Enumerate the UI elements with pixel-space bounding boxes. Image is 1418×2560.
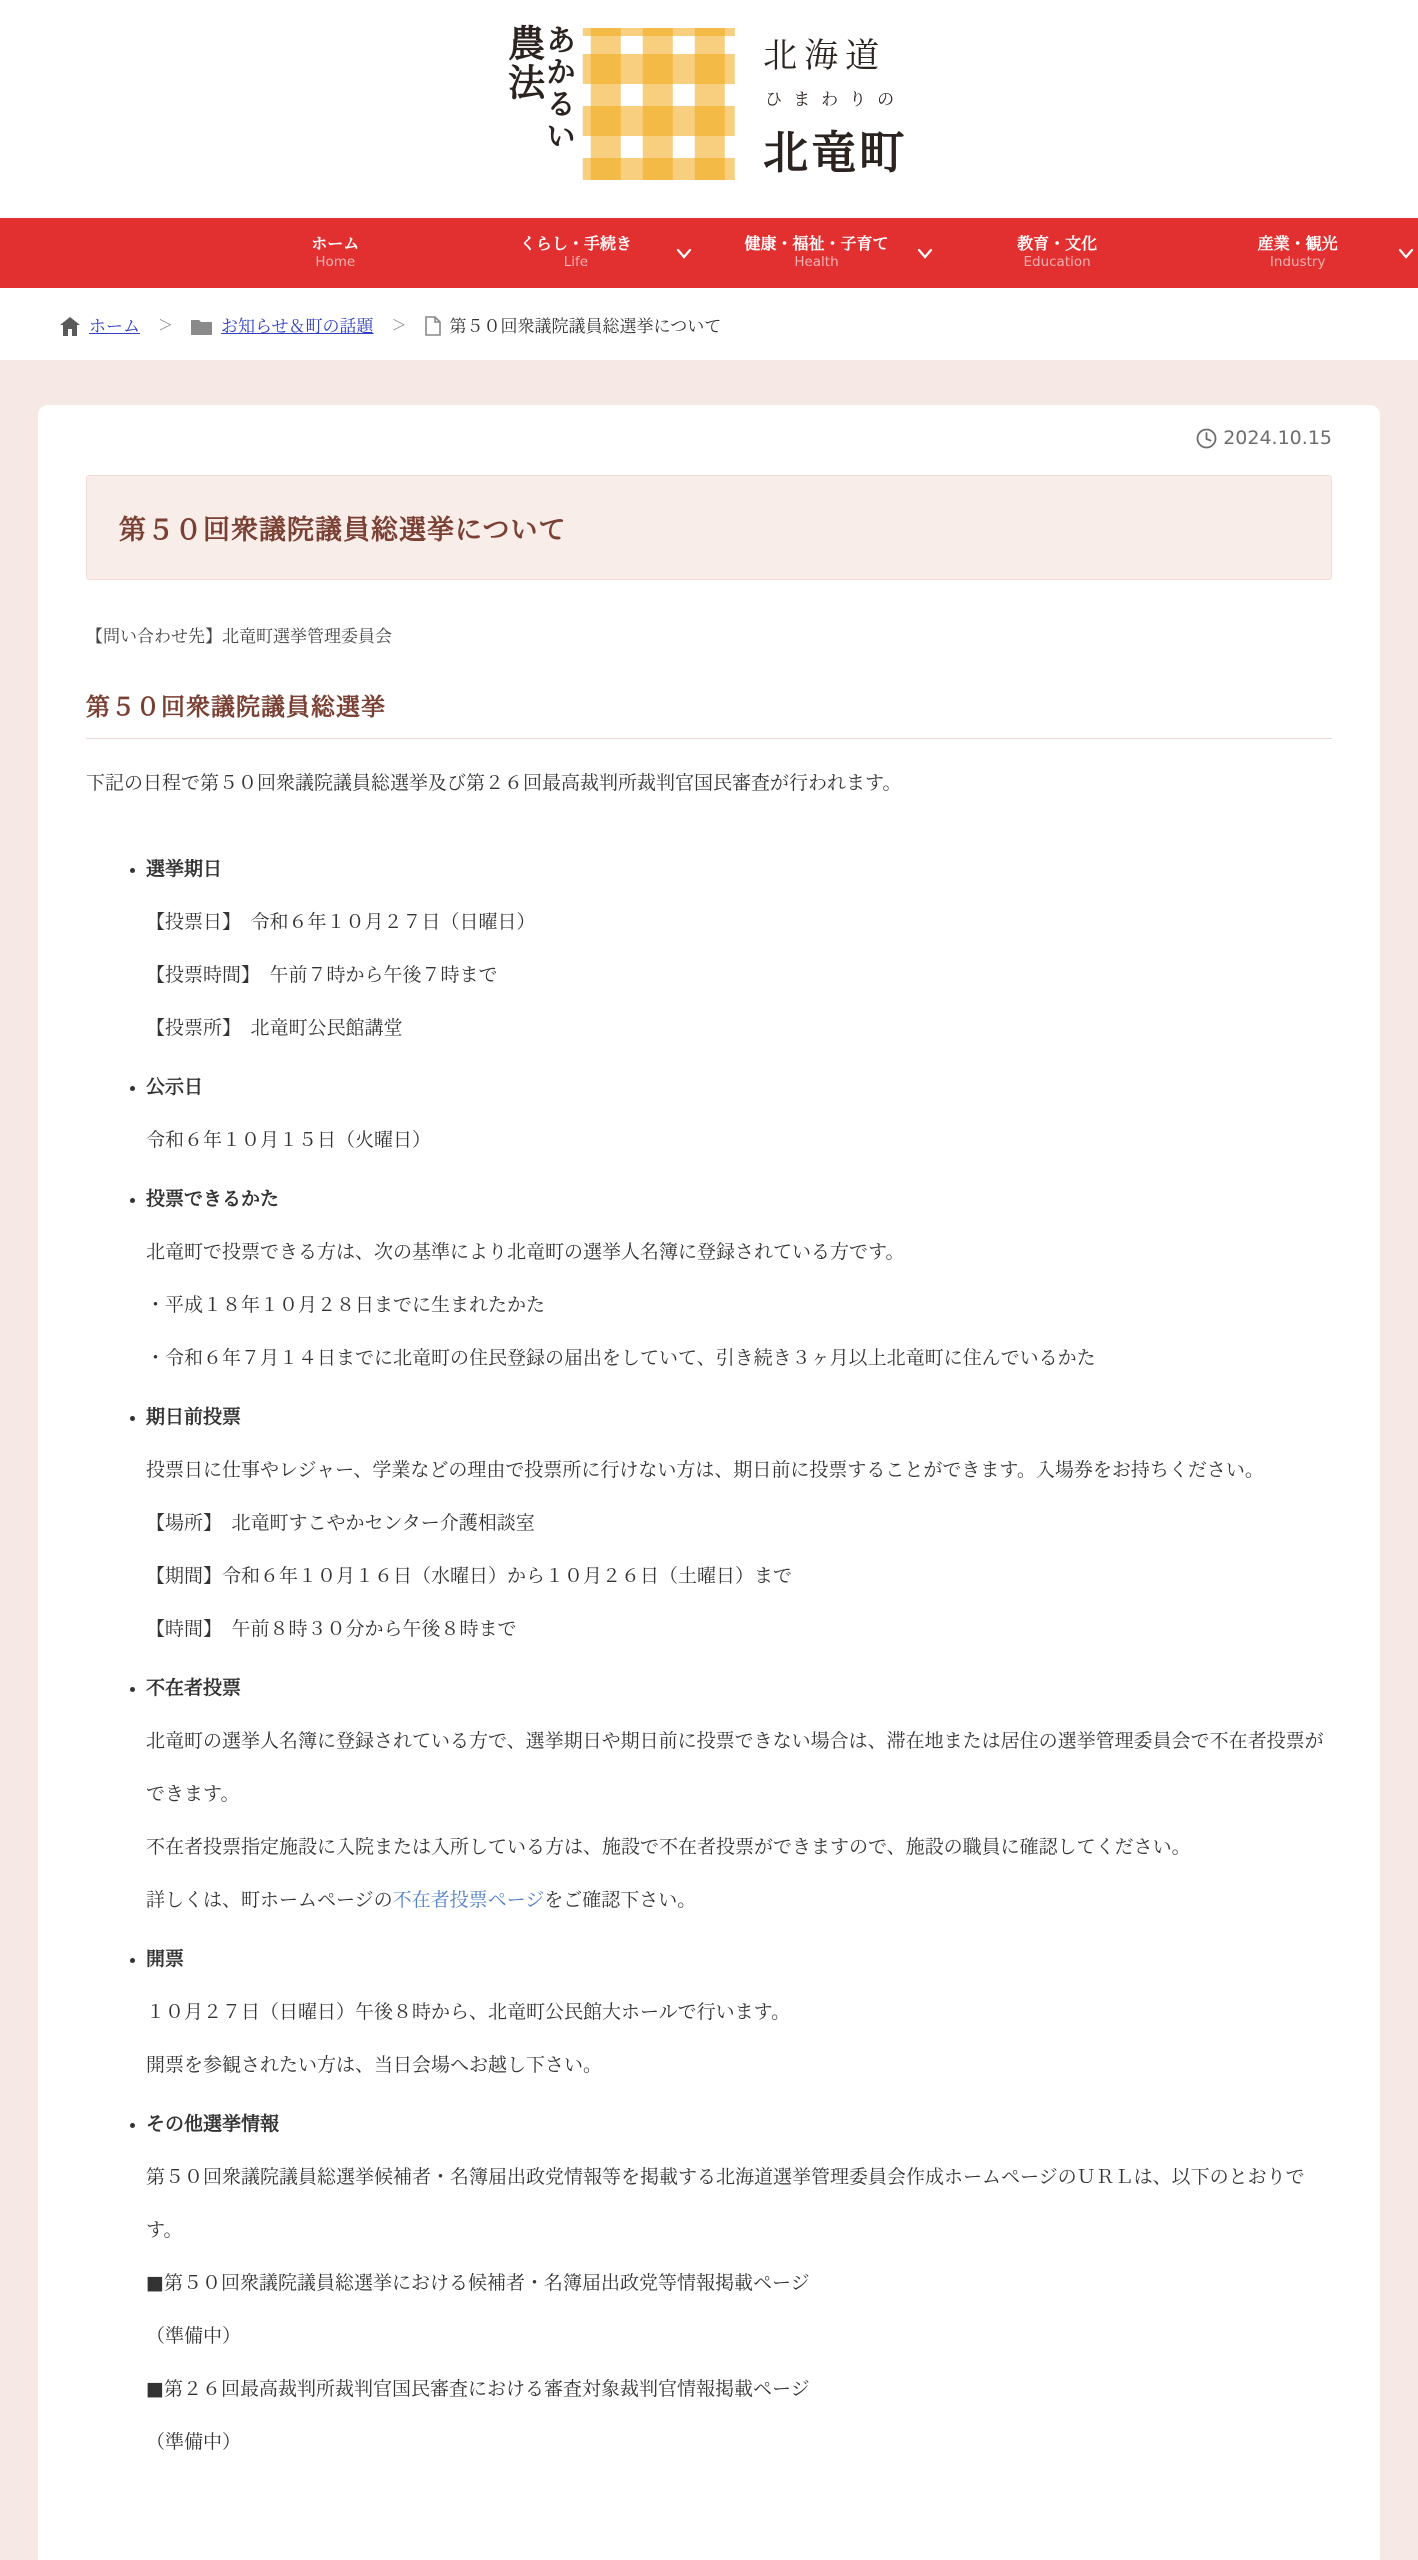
nav-item-life[interactable]: くらし・手続き Life — [456, 218, 697, 288]
logo-slogan-text: あかるい — [542, 24, 574, 184]
list-item-title: 選挙期日 — [146, 843, 1332, 896]
list-item-line: 【場所】 北竜町すこやかセンター介護相談室 — [146, 1497, 1332, 1550]
nav-label-jp: 健康・福祉・子育て — [744, 234, 888, 254]
breadcrumb-separator: ＞ — [392, 314, 407, 335]
contact-info: 【問い合わせ先】北竜町選挙管理委員会 — [86, 622, 1332, 647]
list-item-line: 【時間】 午前８時３０分から午後８時まで — [146, 1603, 1332, 1656]
breadcrumb-separator: ＞ — [158, 314, 173, 335]
nav-label-en: Industry — [1270, 254, 1326, 272]
logo-slogan-text: 農法 — [503, 24, 542, 184]
chevron-down-icon — [676, 248, 692, 260]
main-nav: ホーム Home くらし・手続き Life 健康・福祉・子育て Health 教… — [0, 218, 1418, 288]
nav-label-jp: くらし・手続き — [520, 234, 632, 254]
list-item-line: 【投票所】 北竜町公民館講堂 — [146, 1002, 1332, 1055]
list-item-title: 期日前投票 — [146, 1391, 1332, 1444]
logo-slogan: あかるい 農法 — [503, 24, 573, 184]
nav-item-education[interactable]: 教育・文化 Education — [937, 218, 1178, 288]
list-item-absentee-voting: 不在者投票 北竜町の選挙人名簿に登録されている方で、選挙期日や期日前に投票できな… — [146, 1662, 1332, 1927]
site-header: あかるい 農法 北海道 ひまわりの 北竜町 — [0, 0, 1418, 218]
list-item-line: 詳しくは、町ホームページの不在者投票ページをご確認下さい。 — [146, 1874, 1332, 1927]
breadcrumb-home-link[interactable]: ホーム — [89, 312, 140, 337]
logo-region: 北海道 — [763, 28, 907, 77]
breadcrumb-category-link[interactable]: お知らせ＆町の話題 — [221, 312, 374, 337]
nav-label-en: Health — [794, 254, 838, 272]
folder-icon — [191, 318, 212, 335]
nav-label-en: Home — [315, 254, 355, 272]
list-item-announcement-date: 公示日 令和６年１０月１５日（火曜日） — [146, 1061, 1332, 1167]
logo-subtitle: ひまわりの — [765, 85, 907, 110]
list-item-line: 不在者投票指定施設に入院または入所している方は、施設で不在者投票ができますので、… — [146, 1821, 1332, 1874]
chevron-down-icon — [917, 248, 933, 260]
list-item-line: （準備中） — [146, 2416, 1332, 2469]
publish-date: 2024.10.15 — [1223, 427, 1332, 449]
article-card: 2024.10.15 第５０回衆議院議員総選挙について 【問い合わせ先】北竜町選… — [38, 405, 1380, 2560]
nav-label-en: Life — [564, 254, 588, 272]
document-icon — [425, 316, 441, 336]
page-title: 第５０回衆議院議員総選挙について — [119, 508, 1299, 547]
list-item-title: 投票できるかた — [146, 1173, 1332, 1226]
home-icon — [60, 317, 80, 336]
logo-name-block: 北海道 ひまわりの 北竜町 — [763, 28, 907, 181]
town-logo[interactable]: あかるい 農法 北海道 ひまわりの 北竜町 — [503, 24, 907, 184]
list-item-title: その他選挙情報 — [146, 2098, 1332, 2151]
gingham-pattern-icon — [583, 28, 735, 180]
nav-item-home[interactable]: ホーム Home — [215, 218, 456, 288]
nav-item-industry[interactable]: 産業・観光 Industry — [1177, 218, 1418, 288]
list-item-line: 【投票時間】 午前７時から午後７時まで — [146, 949, 1332, 1002]
intro-paragraph: 下記の日程で第５０回衆議院議員総選挙及び第２６回最高裁判所裁判官国民審査が行われ… — [86, 765, 1332, 801]
list-item-line: 令和６年１０月１５日（火曜日） — [146, 1114, 1332, 1167]
nav-label-jp: 産業・観光 — [1258, 234, 1338, 254]
list-item-other-info: その他選挙情報 第５０回衆議院議員総選挙候補者・名簿届出政党情報等を掲載する北海… — [146, 2098, 1332, 2469]
nav-item-health[interactable]: 健康・福祉・子育て Health — [696, 218, 937, 288]
list-item-title: 公示日 — [146, 1061, 1332, 1114]
election-info-list: 選挙期日 【投票日】 令和６年１０月２７日（日曜日） 【投票時間】 午前７時から… — [86, 843, 1332, 2469]
clock-icon — [1196, 428, 1217, 449]
list-item-line: 開票を参観されたい方は、当日会場へお越し下さい。 — [146, 2039, 1332, 2092]
absentee-link-pre: 詳しくは、町ホームページの — [146, 1889, 393, 1911]
nav-label-en: Education — [1023, 254, 1090, 272]
list-item-vote-counting: 開票 １０月２７日（日曜日）午後８時から、北竜町公民館大ホールで行います。 開票… — [146, 1933, 1332, 2092]
logo-town-name: 北竜町 — [763, 116, 907, 181]
list-item-title: 不在者投票 — [146, 1662, 1332, 1715]
list-item-line: 北竜町で投票できる方は、次の基準により北竜町の選挙人名簿に登録されている方です。 — [146, 1226, 1332, 1279]
list-item-election-date: 選挙期日 【投票日】 令和６年１０月２７日（日曜日） 【投票時間】 午前７時から… — [146, 843, 1332, 1055]
list-item-line: 【期間】令和６年１０月１６日（水曜日）から１０月２６日（土曜日）まで — [146, 1550, 1332, 1603]
nav-label-jp: 教育・文化 — [1017, 234, 1097, 254]
list-item-line: １０月２７日（日曜日）午後８時から、北竜町公民館大ホールで行います。 — [146, 1986, 1332, 2039]
chevron-down-icon — [1398, 248, 1414, 260]
list-item-line: 北竜町の選挙人名簿に登録されている方で、選挙期日や期日前に投票できない場合は、滞… — [146, 1715, 1332, 1821]
list-item-line: ・令和６年７月１４日までに北竜町の住民登録の届出をしていて、引き続き３ヶ月以上北… — [146, 1332, 1332, 1385]
list-item-line: 【投票日】 令和６年１０月２７日（日曜日） — [146, 896, 1332, 949]
nav-label-jp: ホーム — [311, 234, 359, 254]
article-title-block: 第５０回衆議院議員総選挙について — [86, 475, 1332, 580]
list-item-title: 開票 — [146, 1933, 1332, 1986]
list-item-line: ・平成１８年１０月２８日までに生まれたかた — [146, 1279, 1332, 1332]
publish-date-row: 2024.10.15 — [86, 427, 1332, 449]
breadcrumb-current: 第５０回衆議院議員総選挙について — [450, 312, 722, 337]
list-item-early-voting: 期日前投票 投票日に仕事やレジャー、学業などの理由で投票所に行けない方は、期日前… — [146, 1391, 1332, 1656]
breadcrumb: ホーム ＞ お知らせ＆町の話題 ＞ 第５０回衆議院議員総選挙について — [0, 288, 1418, 360]
list-item-line: （準備中） — [146, 2310, 1332, 2363]
list-item-line: ■第２６回最高裁判所裁判官国民審査における審査対象裁判官情報掲載ページ — [146, 2363, 1332, 2416]
section-heading: 第５０回衆議院議員総選挙 — [86, 687, 1332, 739]
list-item-line: ■第５０回衆議院議員総選挙における候補者・名簿届出政党等情報掲載ページ — [146, 2257, 1332, 2310]
list-item-line: 投票日に仕事やレジャー、学業などの理由で投票所に行けない方は、期日前に投票するこ… — [146, 1444, 1332, 1497]
list-item-line: 第５０回衆議院議員総選挙候補者・名簿届出政党情報等を掲載する北海道選挙管理委員会… — [146, 2151, 1332, 2257]
main-area: 2024.10.15 第５０回衆議院議員総選挙について 【問い合わせ先】北竜町選… — [0, 360, 1418, 2560]
list-item-eligible-voters: 投票できるかた 北竜町で投票できる方は、次の基準により北竜町の選挙人名簿に登録さ… — [146, 1173, 1332, 1385]
absentee-link-post: をご確認下さい。 — [544, 1889, 696, 1911]
absentee-voting-page-link[interactable]: 不在者投票ページ — [393, 1889, 545, 1911]
